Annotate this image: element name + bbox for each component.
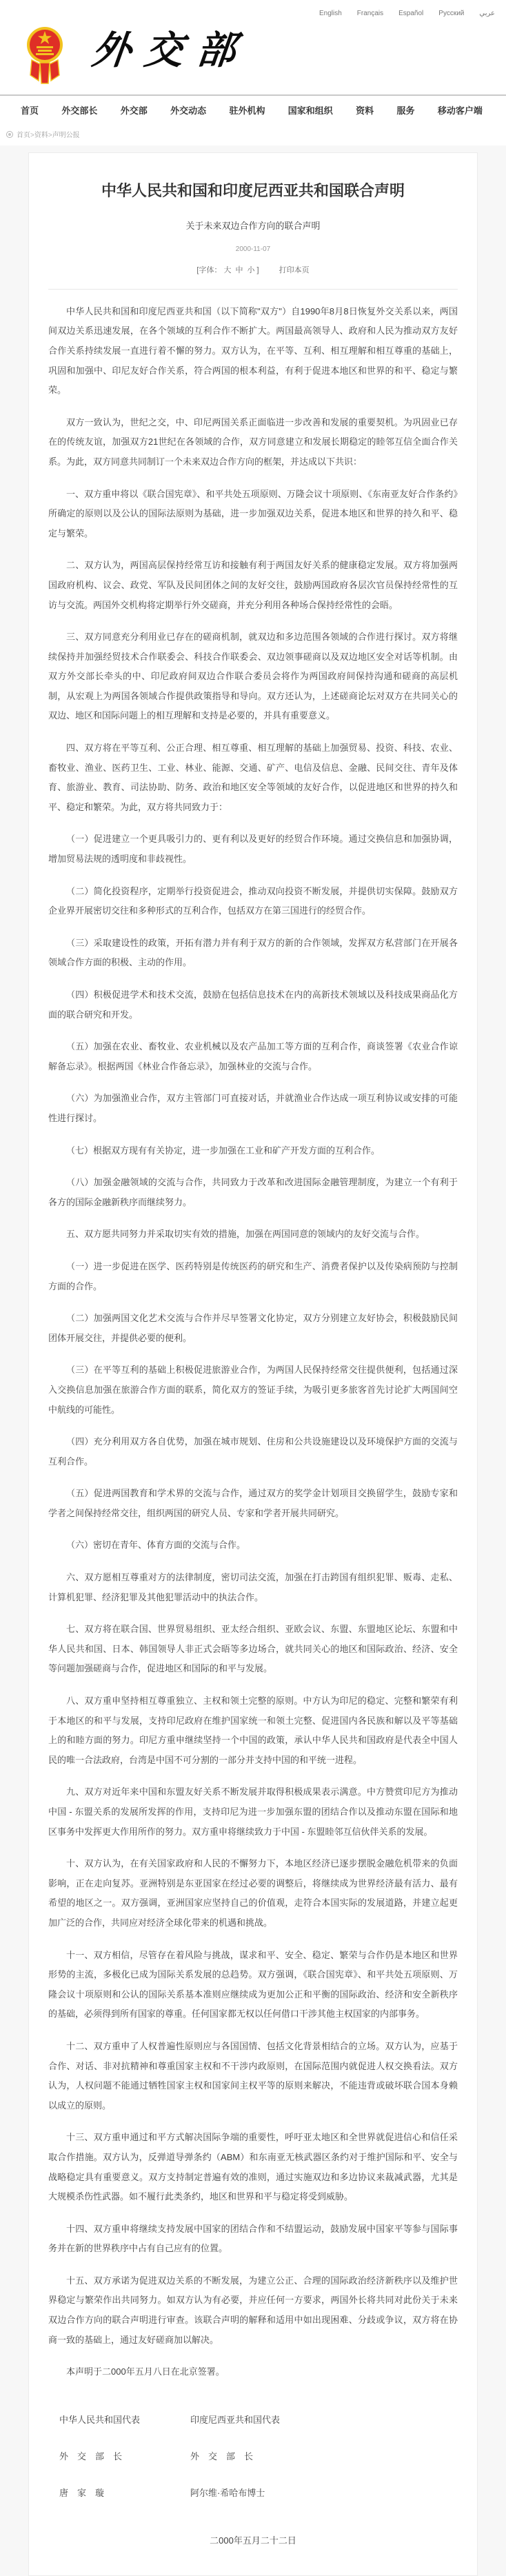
signature-line: 中华人民共和国代表: [59, 2413, 190, 2426]
language-bar: EnglishFrançaisEspañolРусскийعربي: [0, 0, 506, 17]
site-header: EnglishFrançaisEspañolРусскийعربي 外交部: [0, 0, 506, 94]
article-paragraph: 四、双方将在平等互利、公正合理、相互尊重、相互理解的基础上加强贸易、投资、科技、…: [48, 738, 458, 817]
language-link[interactable]: Français: [357, 10, 383, 17]
signature-line: 印度尼西亚共和国代表: [190, 2413, 458, 2426]
article-paragraph: 中华人民共和国和印度尼西亚共和国（以下简称"双方"）自1990年8月8日恢复外交…: [48, 302, 458, 401]
signature-line: 外 交 部 长: [190, 2449, 458, 2462]
nav-item[interactable]: 国家和组织: [288, 103, 333, 117]
signature-china: 中华人民共和国代表外 交 部 长唐 家 璇: [59, 2413, 190, 2522]
page-title: 中华人民共和国和印度尼西亚共和国联合声明: [55, 181, 451, 202]
article-paragraph: 二、双方认为，两国高层保持经常互访和接触有利于两国友好关系的健康稳定发展。双方将…: [48, 556, 458, 615]
breadcrumb-item[interactable]: 首页: [17, 132, 30, 139]
nav-item[interactable]: 外交部: [121, 103, 148, 117]
signature-line: 唐 家 璇: [59, 2486, 190, 2499]
breadcrumb-item[interactable]: 资料: [34, 132, 48, 139]
article-paragraph: 五、双方愿共同努力并采取切实有效的措施，加强在两国同意的领域内的友好交流与合作。: [48, 1225, 458, 1245]
signature-line: 阿尔维·希哈布博士: [190, 2486, 458, 2499]
article-paragraph: 十一、双方相信，尽管存在着风险与挑战，谋求和平、安全、稳定、繁荣与合作仍是本地区…: [48, 1946, 458, 2024]
article-paragraph: 双方一致认为，世纪之交，中、印尼两国关系正面临进一步改善和发展的重要契机。为巩固…: [48, 413, 458, 472]
breadcrumb-icon: [6, 131, 13, 138]
nav-item[interactable]: 首页: [21, 103, 39, 117]
title-divider: [48, 289, 458, 290]
language-link[interactable]: Русский: [438, 10, 464, 17]
logo-row: 外交部: [0, 17, 506, 94]
national-emblem-icon: [26, 20, 63, 90]
article-subtitle: 关于未来双边合作方向的联合声明: [48, 219, 458, 232]
language-link[interactable]: English: [319, 10, 342, 17]
content-area: 中华人民共和国和印度尼西亚共和国联合声明 关于未来双边合作方向的联合声明 200…: [0, 145, 506, 2576]
font-size-option[interactable]: 小: [247, 266, 254, 274]
signature-block: 中华人民共和国代表外 交 部 长唐 家 璇 印度尼西亚共和国代表外 交 部 长阿…: [48, 2413, 458, 2522]
article-paragraph: 六、双方愿相互尊重对方的法律制度，密切司法交流，加强在打击跨国有组织犯罪、贩毒、…: [48, 1568, 458, 1607]
article-paragraph: （四）充分利用双方各自优势，加强在城市规划、住房和公共设施建设以及环境保护方面的…: [48, 1432, 458, 1471]
nav-item[interactable]: 外交动态: [170, 103, 206, 117]
nav-item[interactable]: 服务: [397, 103, 415, 117]
font-size-label-close: ]: [256, 266, 259, 274]
nav-item[interactable]: 驻外机构: [229, 103, 265, 117]
article-paragraph: （一）进一步促进在医学、医药特别是传统医药的研究和生产、消费者保护以及传染病预防…: [48, 1257, 458, 1296]
font-size-label-open: [字体：: [196, 266, 221, 274]
font-size-option[interactable]: 中: [235, 266, 243, 274]
nav-item[interactable]: 移动客户端: [438, 103, 483, 117]
main-nav: 首页外交部长外交部外交动态驻外机构国家和组织资料服务移动客户端: [0, 94, 506, 123]
language-link[interactable]: Español: [398, 10, 423, 17]
article-card: 中华人民共和国和印度尼西亚共和国联合声明 关于未来双边合作方向的联合声明 200…: [28, 152, 478, 2576]
signing-date: 二000年五月二十二日: [48, 2533, 458, 2546]
nav-item[interactable]: 资料: [356, 103, 374, 117]
article-paragraph: 十三、双方重申通过和平方式解决国际争端的重要性，呼吁亚太地区和全世界就促进信心和…: [48, 2128, 458, 2206]
publish-date: 2000-11-07: [48, 245, 458, 253]
site-logo[interactable]: 外交部: [26, 20, 250, 90]
article-paragraph: （二）简化投资程序，定期举行投资促进会，推动双向投资不断发展，并提供切实保障。鼓…: [48, 882, 458, 921]
breadcrumb: 首页>资料>声明公报: [0, 123, 506, 145]
article-paragraph: 十、双方认为，在有关国家政府和人民的不懈努力下，本地区经济已逐步摆脱金融危机带来…: [48, 1854, 458, 1933]
font-size-option[interactable]: 大: [223, 266, 231, 274]
language-link[interactable]: عربي: [479, 10, 495, 17]
article-toolbar: [字体：大中小] 打印本页: [48, 264, 458, 275]
article-paragraph: （三）采取建设性的政策，开拓有潜力并有利于双方的新的合作领域，发挥双方私营部门在…: [48, 934, 458, 973]
article-paragraph: （五）促进两国教育和学术界的交流与合作，通过双方的奖学金计划项目交换留学生，鼓励…: [48, 1484, 458, 1523]
article-paragraph: 本声明于二000年五月八日在北京签署。: [48, 2362, 458, 2382]
article-paragraph: （三）在平等互利的基础上积极促进旅游业合作，为两国人民保持经常交往提供便利，包括…: [48, 1360, 458, 1420]
print-button[interactable]: 打印本页: [279, 266, 310, 274]
article-paragraph: （七）根据双方现有有关协定，进一步加强在工业和矿产开发方面的互利合作。: [48, 1141, 458, 1161]
nav-item[interactable]: 外交部长: [61, 103, 97, 117]
article-paragraph: 十二、双方重申了人权普遍性原则应与各国国情、包括文化背景相结合的立场。双方认为，…: [48, 2037, 458, 2115]
signature-line: 外 交 部 长: [59, 2449, 190, 2462]
article-paragraph: （六）为加强渔业合作，双方主管部门可直接对话，并就渔业合作达成一项互利协议或安排…: [48, 1089, 458, 1128]
ministry-calligraphy-logo: 外交部: [90, 20, 252, 75]
article-paragraph: 十五、双方承诺为促进双边关系的不断发展，为建立公正、合理的国际政治经济新秩序以及…: [48, 2271, 458, 2350]
article-paragraph: 九、双方对近年来中国和东盟友好关系不断发展并取得积极成果表示满意。中方赞赏印尼方…: [48, 1782, 458, 1842]
breadcrumb-item[interactable]: 声明公报: [52, 132, 80, 139]
article-paragraph: 十四、双方重申将继续支持发展中国家的团结合作和不结盟运动，鼓励发展中国家平等参与…: [48, 2220, 458, 2259]
article-paragraph: （二）加强两国文化艺术交流与合作并尽早签署文化协定，双方分别建立友好协会，积极鼓…: [48, 1309, 458, 1348]
article-body: 中华人民共和国和印度尼西亚共和国（以下简称"双方"）自1990年8月8日恢复外交…: [48, 302, 458, 2382]
article-paragraph: （八）加强金融领域的交流与合作，共同致力于改革和改进国际金融管理制度，为建立一个…: [48, 1173, 458, 1212]
article-paragraph: （一）促进建立一个更具吸引力的、更有利以及更好的经贸合作环境。通过交换信息和加强…: [48, 829, 458, 869]
breadcrumb-items: 首页>资料>声明公报: [17, 129, 80, 139]
article-paragraph: 三、双方同意充分利用业已存在的磋商机制，就双边和多边范围各领域的合作进行探讨。双…: [48, 627, 458, 726]
article-paragraph: （六）密切在青年、体育方面的交流与合作。: [48, 1536, 458, 1556]
article-paragraph: （四）积极促进学术和技术交流，鼓励在包括信息技术在内的高新技术领域以及科技成果商…: [48, 985, 458, 1025]
article-paragraph: 一、双方重申将以《联合国宪章》、和平共处五项原则、万隆会议十项原则、《东南亚友好…: [48, 485, 458, 544]
signature-indonesia: 印度尼西亚共和国代表外 交 部 长阿尔维·希哈布博士: [190, 2413, 458, 2522]
font-size-options: 大中小: [221, 266, 256, 274]
article-paragraph: 八、双方重申坚持相互尊重独立、主权和领土完整的原则。中方认为印尼的稳定、完整和繁…: [48, 1691, 458, 1770]
article-paragraph: （五）加强在农业、畜牧业、农业机械以及农产品加工等方面的互利合作，商谈签署《农业…: [48, 1037, 458, 1076]
article-paragraph: 七、双方将在联合国、世界贸易组织、亚太经合组织、亚欧会议、东盟、东盟地区论坛、东…: [48, 1620, 458, 1679]
